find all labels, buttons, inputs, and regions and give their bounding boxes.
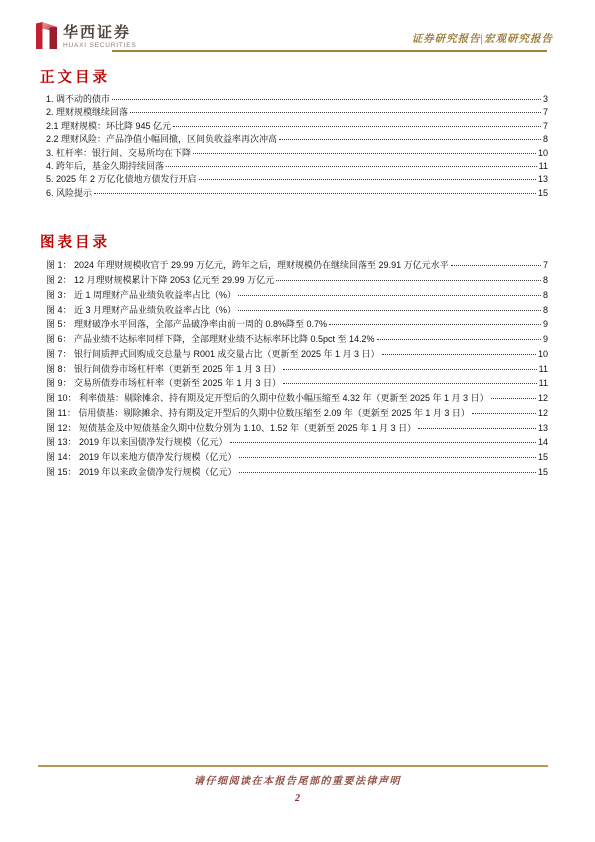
figure-toc-entry[interactable]: 图 11： 信用债基：剔除摊余、持有期及定开型后的久期中位数压缩至 2.09 年… (46, 406, 548, 421)
toc-entry[interactable]: 2.2 理财风险：产品净值小幅回撤，区间负收益率再次冲高 8 (46, 133, 548, 146)
toc-entry-page: 15 (538, 187, 548, 200)
figure-entry-page: 9 (543, 332, 548, 347)
figure-entry-page: 12 (538, 391, 548, 406)
figure-toc-entry[interactable]: 图 13： 2019 年以来国债净发行规模（亿元） 14 (46, 435, 548, 450)
figure-toc-entry[interactable]: 图 8： 银行间债券市场杠杆率（更新至 2025 年 1 月 3 日） 11 (46, 362, 548, 377)
figure-toc-entry[interactable]: 图 4： 近 3 月理财产品业绩负收益率占比（%） 8 (46, 303, 548, 318)
dot-leader (418, 428, 536, 429)
report-page: 华西证券 HUAXI SECURITIES 证券研究报告|宏观研究报告 正文目录… (0, 0, 595, 842)
huaxi-logo: 华西证券 HUAXI SECURITIES (36, 22, 136, 50)
toc-entry[interactable]: 5. 2025 年 2 万亿化债地方债发行开启 13 (46, 173, 548, 186)
toc-entry-label: 2.2 理财风险：产品净值小幅回撤，区间负收益率再次冲高 (46, 133, 277, 146)
toc-entry[interactable]: 3. 杠杆率：银行间、交易所均在下降 10 (46, 147, 548, 160)
dot-leader (230, 442, 536, 443)
dot-leader (279, 139, 541, 140)
toc-entry[interactable]: 2. 理财规模继续回落 7 (46, 106, 548, 119)
figure-entry-label: 图 11： 信用债基：剔除摊余、持有期及定开型后的久期中位数压缩至 2.09 年… (46, 406, 470, 421)
figure-entry-label: 图 10： 利率债基：剔除摊余、持有期及定开型后的久期中位数小幅压缩至 4.32… (46, 391, 489, 406)
figure-toc-entry[interactable]: 图 12： 短债基金及中短债基金久期中位数分别为 1.10、1.52 年（更新至… (46, 421, 548, 436)
figure-entry-label: 图 4： 近 3 月理财产品业绩负收益率占比（%） (46, 303, 236, 318)
dot-leader (193, 153, 536, 154)
toc-entry-page: 8 (543, 133, 548, 146)
figure-toc-entry[interactable]: 图 7： 银行间质押式回购成交总量与 R001 成交量占比（更新至 2025 年… (46, 347, 548, 362)
figure-entry-label: 图 15： 2019 年以来政金债净发行规模（亿元） (46, 465, 237, 480)
header-divider (112, 50, 547, 52)
dot-leader (329, 324, 541, 325)
dot-leader (451, 265, 541, 266)
dot-leader (94, 193, 536, 194)
dot-leader (283, 369, 537, 370)
dot-leader (239, 472, 536, 473)
figure-toc-entry[interactable]: 图 14： 2019 年以来地方债净发行规模（亿元） 15 (46, 450, 548, 465)
figure-entry-label: 图 6： 产品业绩不达标率同样下降，全部理财业绩不达标率环比降 0.5pct 至… (46, 332, 375, 347)
toc-entry[interactable]: 6. 风险提示 15 (46, 187, 548, 200)
figure-entry-label: 图 14： 2019 年以来地方债净发行规模（亿元） (46, 450, 237, 465)
dot-leader (283, 383, 537, 384)
logo-name-cn: 华西证券 (63, 25, 136, 42)
dot-leader (199, 179, 536, 180)
figure-entry-label: 图 2： 12 月理财规模累计下降 2053 亿元至 29.99 万亿元 (46, 273, 274, 288)
dot-leader (112, 99, 541, 100)
toc-entry-page: 10 (538, 147, 548, 160)
toc-entry-label: 6. 风险提示 (46, 187, 92, 200)
huaxi-logo-icon (36, 22, 58, 49)
figure-entry-page: 8 (543, 288, 548, 303)
dot-leader (377, 339, 541, 340)
toc-entry[interactable]: 2.1 理财规模：环比降 945 亿元 7 (46, 120, 548, 133)
figure-entry-label: 图 12： 短债基金及中短债基金久期中位数分别为 1.10、1.52 年（更新至… (46, 421, 416, 436)
figure-entry-page: 9 (543, 317, 548, 332)
figure-entry-page: 7 (543, 258, 548, 273)
logo-name-en: HUAXI SECURITIES (63, 42, 136, 50)
page-header: 华西证券 HUAXI SECURITIES 证券研究报告|宏观研究报告 (0, 0, 595, 56)
dot-leader (173, 126, 541, 127)
dot-leader (238, 310, 541, 311)
dot-leader (382, 354, 536, 355)
figure-toc-entry[interactable]: 图 15： 2019 年以来政金债净发行规模（亿元） 15 (46, 465, 548, 480)
figure-entry-page: 14 (538, 435, 548, 450)
figure-toc-entry[interactable]: 图 6： 产品业绩不达标率同样下降，全部理财业绩不达标率环比降 0.5pct 至… (46, 332, 548, 347)
figure-toc-entry[interactable]: 图 2： 12 月理财规模累计下降 2053 亿元至 29.99 万亿元 8 (46, 273, 548, 288)
dot-leader (472, 413, 536, 414)
figure-entry-label: 图 5： 理财破净水平回落，全部产品破净率由前一周的 0.8%降至 0.7% (46, 317, 327, 332)
figure-toc-entry[interactable]: 图 9： 交易所债券市场杠杆率（更新至 2025 年 1 月 3 日） 11 (46, 376, 548, 391)
figure-entry-page: 15 (538, 450, 548, 465)
toc-entry[interactable]: 4. 跨年后，基金久期持续回落 11 (46, 160, 548, 173)
toc-entry-label: 2.1 理财规模：环比降 945 亿元 (46, 120, 171, 133)
dot-leader (491, 398, 536, 399)
figure-entry-page: 11 (539, 362, 548, 377)
figure-entry-label: 图 3： 近 1 周理财产品业绩负收益率占比（%） (46, 288, 236, 303)
figure-entry-label: 图 8： 银行间债券市场杠杆率（更新至 2025 年 1 月 3 日） (46, 362, 281, 377)
toc-entry-label: 5. 2025 年 2 万亿化债地方债发行开启 (46, 173, 197, 186)
page-number: 2 (0, 793, 595, 804)
figure-toc-entry[interactable]: 图 3： 近 1 周理财产品业绩负收益率占比（%） 8 (46, 288, 548, 303)
toc-entry-page: 7 (543, 106, 548, 119)
toc-entry-page: 13 (538, 173, 548, 186)
dot-leader (238, 295, 541, 296)
figure-entry-label: 图 7： 银行间质押式回购成交总量与 R001 成交量占比（更新至 2025 年… (46, 347, 380, 362)
dot-leader (130, 112, 541, 113)
figure-entry-page: 15 (538, 465, 548, 480)
figure-entry-page: 11 (539, 376, 548, 391)
figure-toc-entry[interactable]: 图 1： 2024 年理财规模收官于 29.99 万亿元，跨年之后，理财规模仍在… (46, 258, 548, 273)
figure-toc-heading: 图表目录 (40, 200, 595, 252)
figure-entry-page: 8 (543, 303, 548, 318)
legal-disclaimer: 请仔细阅读在本报告尾部的重要法律声明 (0, 772, 595, 787)
figure-entry-page: 12 (538, 406, 548, 421)
toc-entry[interactable]: 1. 调不动的债市 3 (46, 93, 548, 106)
figure-toc-list: 图 1： 2024 年理财规模收官于 29.99 万亿元，跨年之后，理财规模仍在… (46, 258, 548, 479)
toc-entry-page: 3 (543, 93, 548, 106)
logo-text: 华西证券 HUAXI SECURITIES (63, 22, 136, 50)
main-toc-list: 1. 调不动的债市 3 2. 理财规模继续回落 7 2.1 理财规模：环比降 9… (46, 93, 548, 200)
figure-entry-page: 8 (543, 273, 548, 288)
figure-entry-label: 图 13： 2019 年以来国债净发行规模（亿元） (46, 435, 228, 450)
dot-leader (166, 166, 537, 167)
report-type-label: 证券研究报告|宏观研究报告 (412, 31, 553, 46)
footer-divider (38, 765, 548, 767)
dot-leader (239, 457, 536, 458)
dot-leader (276, 280, 541, 281)
figure-toc-entry[interactable]: 图 5： 理财破净水平回落，全部产品破净率由前一周的 0.8%降至 0.7% 9 (46, 317, 548, 332)
toc-entry-page: 11 (539, 160, 548, 173)
figure-entry-label: 图 1： 2024 年理财规模收官于 29.99 万亿元，跨年之后，理财规模仍在… (46, 258, 449, 273)
toc-entry-label: 2. 理财规模继续回落 (46, 106, 128, 119)
toc-entry-page: 7 (543, 120, 548, 133)
toc-entry-label: 1. 调不动的债市 (46, 93, 110, 106)
toc-entry-label: 3. 杠杆率：银行间、交易所均在下降 (46, 147, 191, 160)
figure-toc-entry[interactable]: 图 10： 利率债基：剔除摊余、持有期及定开型后的久期中位数小幅压缩至 4.32… (46, 391, 548, 406)
figure-entry-page: 13 (538, 421, 548, 436)
toc-entry-label: 4. 跨年后，基金久期持续回落 (46, 160, 164, 173)
figure-entry-label: 图 9： 交易所债券市场杠杆率（更新至 2025 年 1 月 3 日） (46, 376, 281, 391)
figure-entry-page: 10 (538, 347, 548, 362)
